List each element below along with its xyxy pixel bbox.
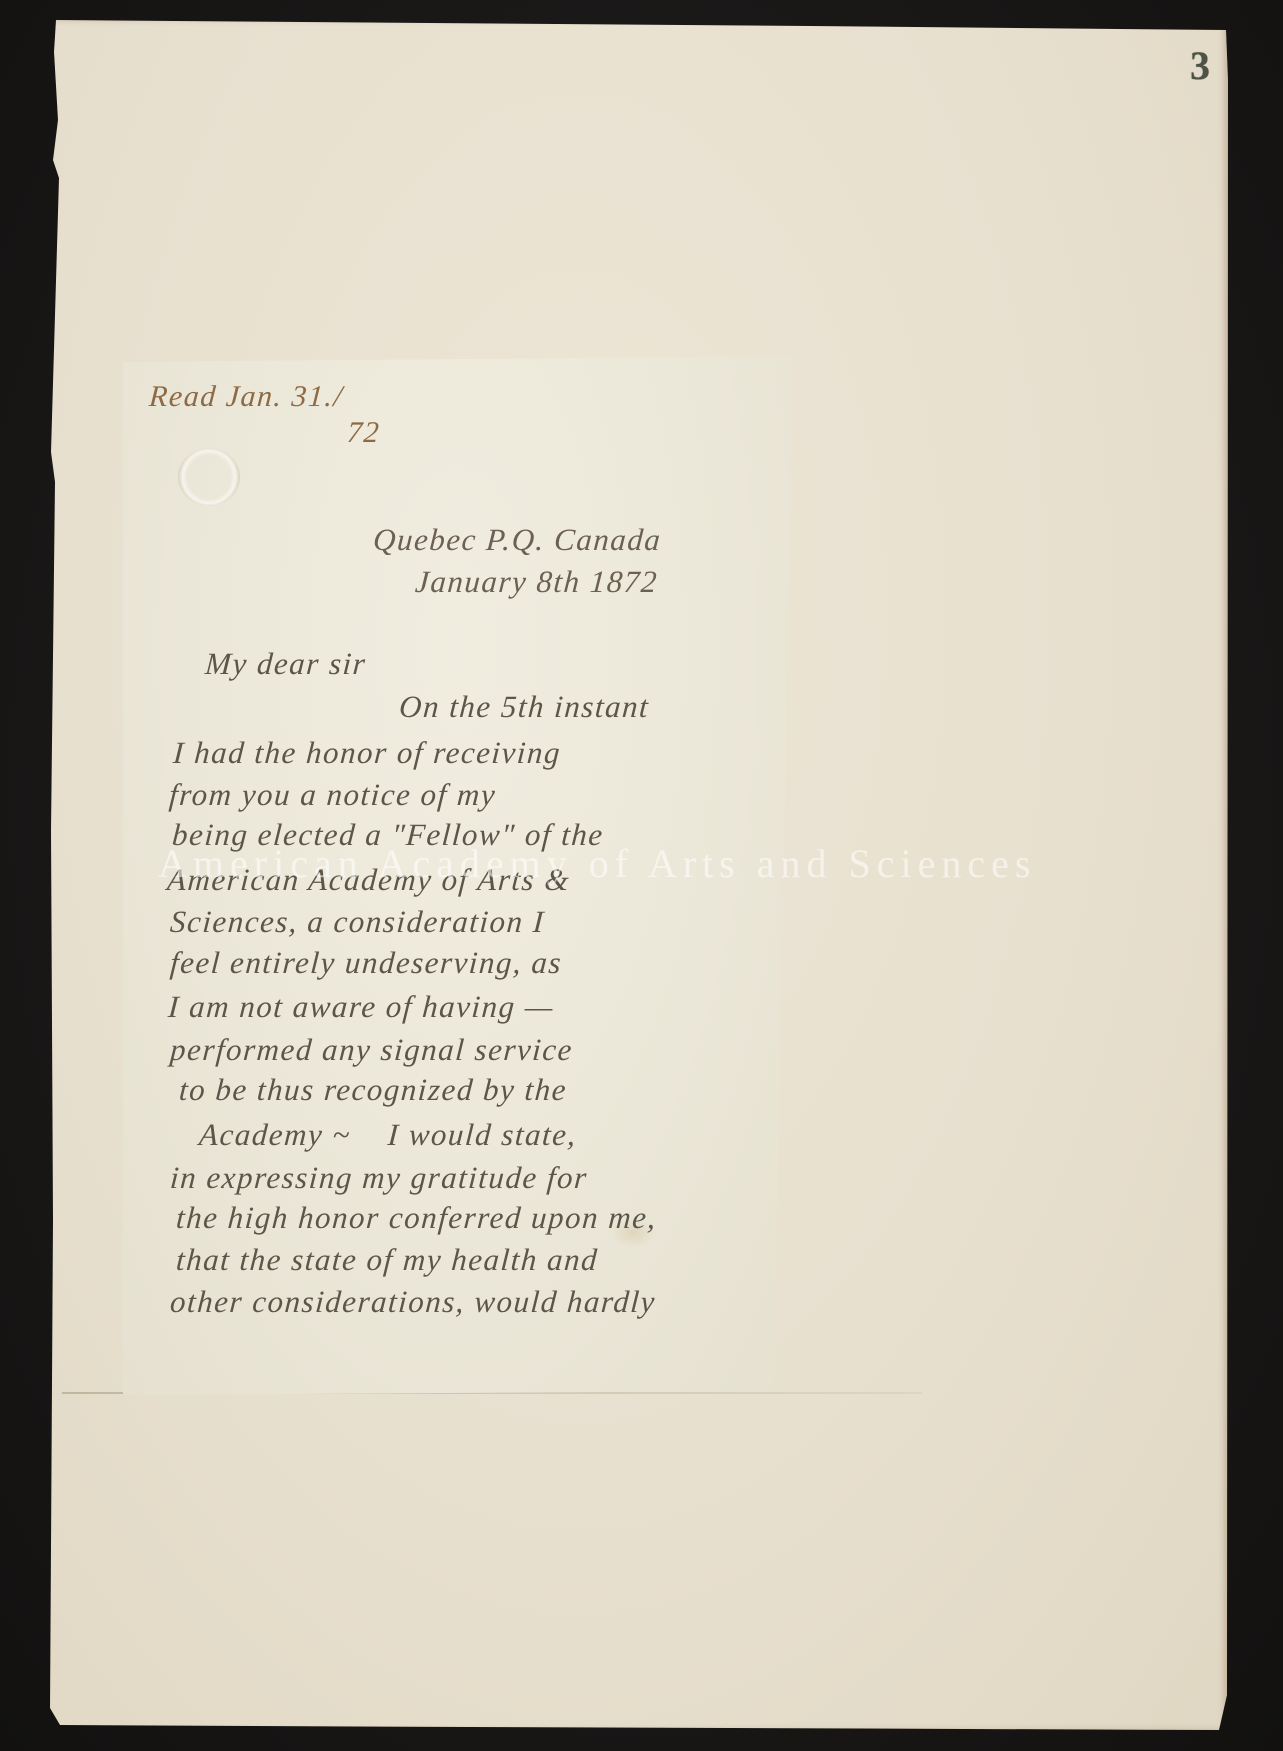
page-number: 3 <box>1190 42 1210 89</box>
letter-line: to be thus recognized by the <box>178 1072 568 1108</box>
photo-background: 3 Read Jan. 31./ 72 Quebec P.Q. Canada J… <box>0 0 1283 1751</box>
salutation: My dear sir <box>204 646 368 682</box>
opening-line: On the 5th instant <box>398 689 651 725</box>
date-line: January 8th 1872 <box>414 564 659 600</box>
annotation-read-date: Read Jan. 31./ <box>148 380 345 414</box>
annotation-read-year: 72 <box>346 416 381 450</box>
letter-line: the high honor conferred upon me, <box>175 1200 658 1236</box>
letter-line: Sciences, a consideration I <box>169 904 546 940</box>
letter-line: performed any signal service <box>169 1032 574 1068</box>
seal-impression <box>178 448 240 506</box>
letter-line: that the state of my health and <box>175 1242 599 1278</box>
letter-line: Academy ~ I would state, <box>198 1117 578 1153</box>
place-line: Quebec P.Q. Canada <box>372 522 663 558</box>
letter-line: I had the honor of receiving <box>172 735 562 771</box>
watermark: American Academy of Arts and Sciences <box>158 840 1158 887</box>
letter-line: other considerations, would hardly <box>169 1284 657 1320</box>
letter-line: I am not aware of having — <box>167 989 555 1025</box>
letter-line: feel entirely undeserving, as <box>169 945 563 981</box>
letter-line: from you a notice of my <box>168 777 497 813</box>
letter-line: in expressing my gratitude for <box>169 1160 589 1196</box>
